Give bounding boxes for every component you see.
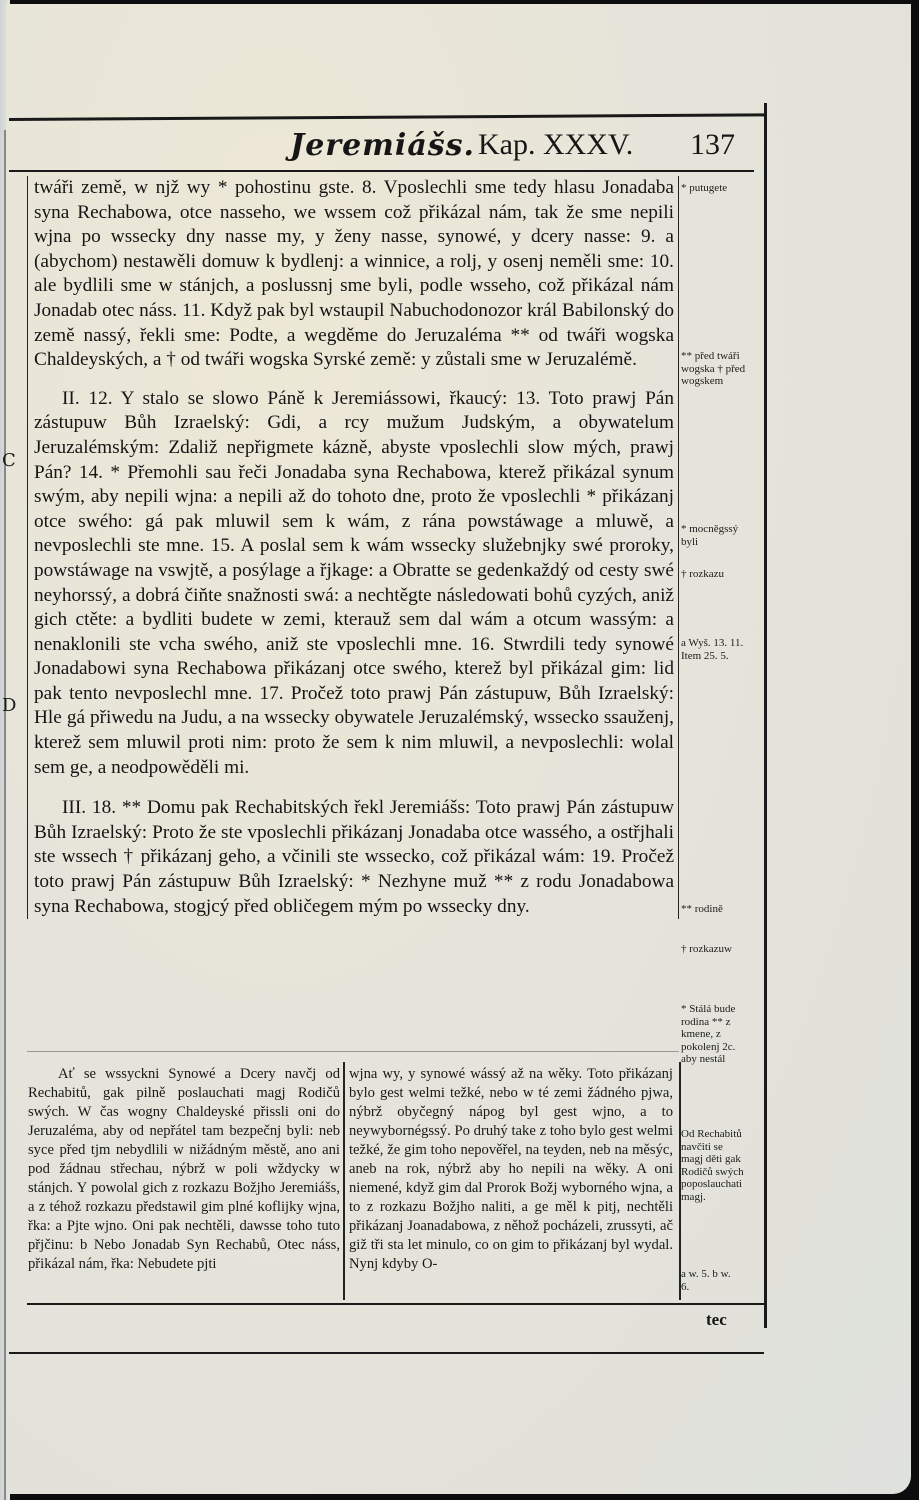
- commentary-margin-divider: [679, 1062, 681, 1300]
- header-rule: [9, 170, 754, 172]
- commentary-column-divider: [343, 1062, 345, 1300]
- commentary-separator: [27, 1051, 679, 1052]
- margin-note: a w. 5. b w. 6.: [681, 1268, 741, 1293]
- catchword: tec: [706, 1310, 727, 1330]
- book-title: Jeremiášs.: [290, 128, 475, 163]
- commentary-left-column: Ať se wssyckni Synowé a Dcery navčj od R…: [28, 1065, 340, 1274]
- left-margin-letter-c: C: [2, 450, 16, 471]
- margin-note: † rozkazu: [681, 568, 761, 581]
- page-number: 137: [690, 128, 735, 162]
- margin-note: * mocněgssý byli: [681, 523, 751, 548]
- margin-note: a Wyš. 13. 11. Item 25. 5.: [681, 637, 753, 662]
- paragraph-section-2: II. 12. Y stalo se slowo Páně k Jeremiás…: [34, 387, 674, 781]
- left-margin-letter-d: D: [2, 695, 16, 716]
- chapter-label: Kap. XXXV.: [478, 128, 633, 162]
- running-header: Jeremiášs. Kap. XXXV. 137: [0, 128, 745, 168]
- page-bottom-rule: [9, 1352, 764, 1354]
- commentary-right-column: wjna wy, y synowé wássý až na wěky. Toto…: [349, 1065, 673, 1274]
- margin-note: ** rodině: [681, 903, 761, 916]
- paragraph-section-3: III. 18. ** Domu pak Rechabitských řekl …: [34, 796, 674, 919]
- paragraph-verses-7-11: twáři země, w njž wy * pohostinu gste. 8…: [34, 176, 674, 373]
- margin-note: * putugete: [681, 182, 761, 195]
- commentary-bottom-rule: [27, 1303, 764, 1305]
- margin-note: Od Rechabitů navčiti se magj děti gak Ro…: [681, 1128, 747, 1203]
- margin-note: ** před twáři wogska † před wogskem: [681, 350, 751, 388]
- margin-note: * Stálá bude rodina ** z kmene, z pokole…: [681, 1003, 747, 1066]
- main-text-column: twáři země, w njž wy * pohostinu gste. 8…: [27, 176, 679, 919]
- margin-note: † rozkazuw: [681, 943, 761, 956]
